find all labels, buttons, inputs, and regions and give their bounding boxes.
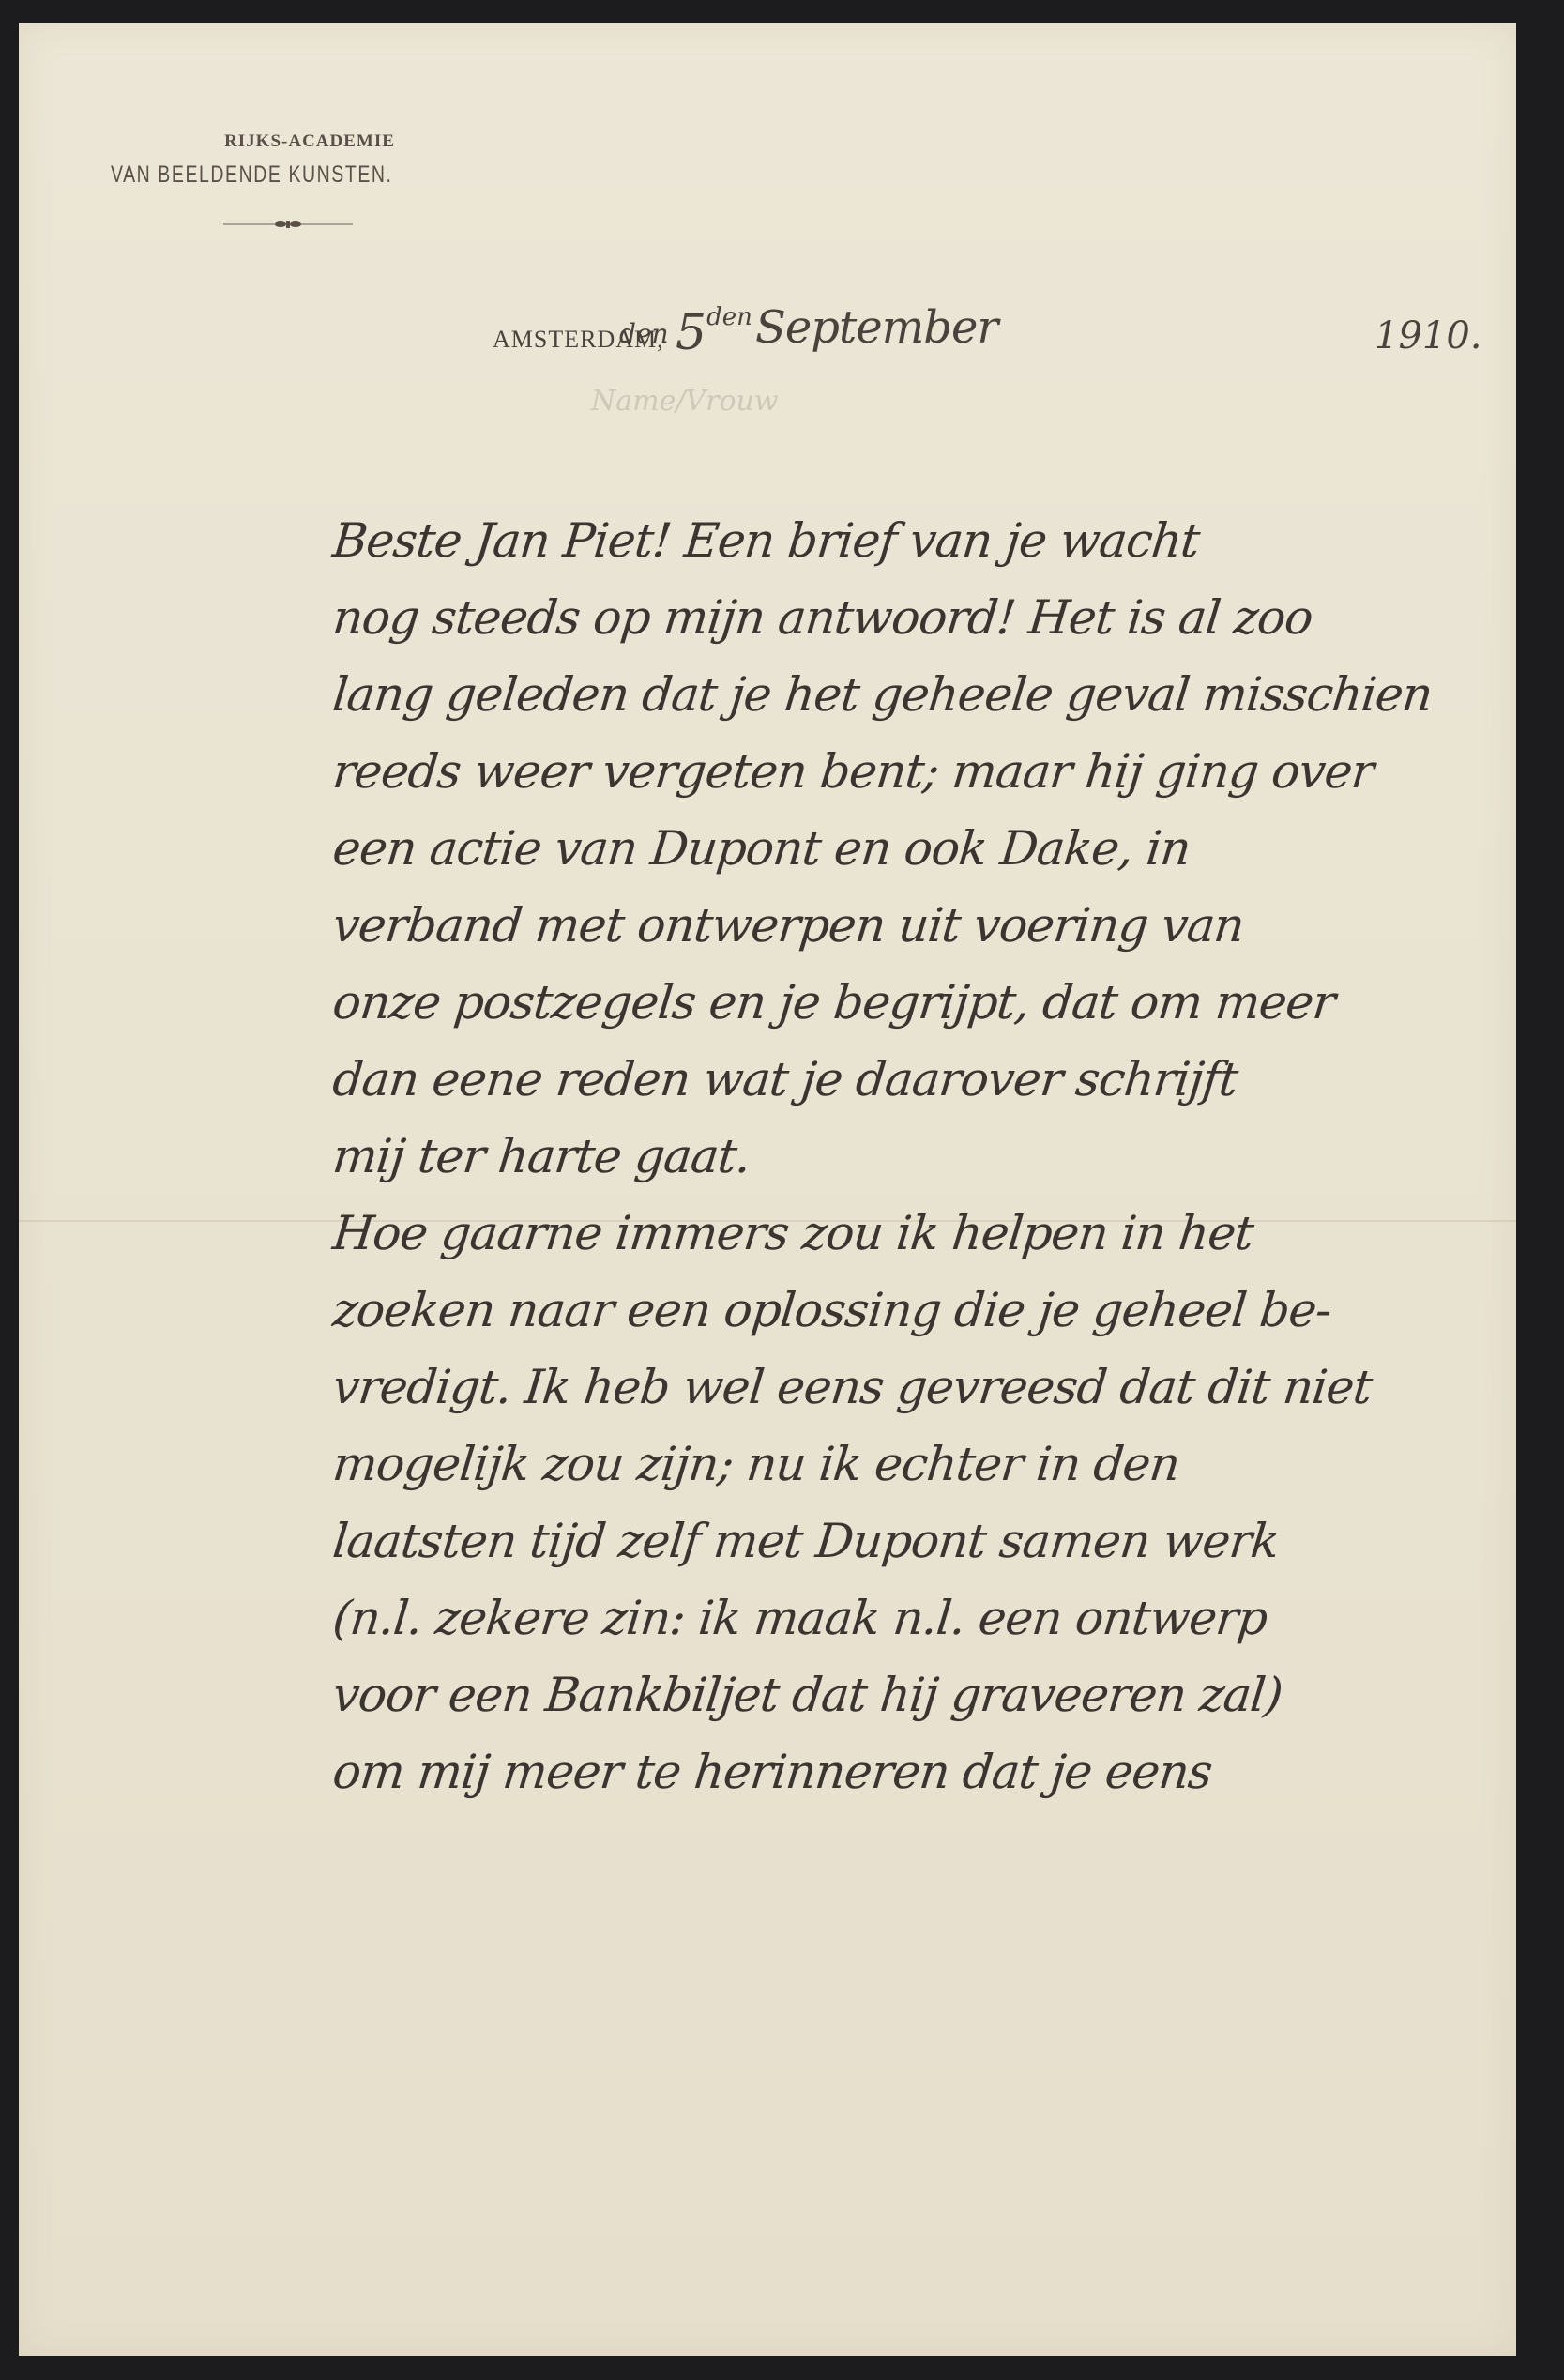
letter-line: mij ter harte gaat. [329,1118,1520,1195]
letter-line: om mij meer te herinneren dat je eens [329,1733,1520,1810]
dateline-month: September [755,301,997,354]
letter-line: onze postzegels en je begrijpt, dat om m… [329,964,1520,1041]
letter-line: Beste Jan Piet! Een brief van je wacht [329,502,1520,579]
letter-line: mogelijk zou zijn; nu ik echter in den [329,1426,1520,1503]
letter-line: zoeken naar een oplossing die je geheel … [329,1272,1520,1349]
letter-line: (n.l. zekere zin: ik maak n.l. een ontwe… [329,1579,1520,1656]
letter-line: lang geleden dat je het geheele geval mi… [329,656,1520,733]
letter-line: laatsten tijd zelf met Dupont samen werk [329,1503,1520,1579]
dateline: AMSTERDAM, den 5den September 1910. [474,305,1534,371]
letterhead: RIJKS-ACADEMIE VAN BEELDENDE KUNSTEN. [75,131,507,189]
letter-line: vredigt. Ik heb wel eens gevreesd dat di… [329,1349,1520,1426]
letter-line: nog steeds op mijn antwoord! Het is al z… [329,579,1520,656]
letter-line: reeds weer vergeten bent; maar hij ging … [329,733,1520,810]
ornament-divider-icon [223,220,353,229]
letter-line: dan eene reden wat je daarover schrijft [329,1041,1520,1118]
letter-line: voor een Bankbiljet dat hij graveeren za… [329,1656,1520,1733]
letter-paper: Name/Vrouw RIJKS-ACADEMIE VAN BEELDENDE … [19,23,1516,2356]
letterhead-subtitle: VAN BEELDENDE KUNSTEN. [111,161,419,189]
letter-body: Beste Jan Piet! Een brief van je wacht n… [333,502,1515,1810]
letter-line: Hoe gaarne immers zou ik helpen in het [329,1195,1520,1272]
dateline-den: den [619,318,669,349]
letter-line: een actie van Dupont en ook Dake, in [329,810,1520,887]
dateline-year: 1910. [1374,314,1482,358]
dateline-day: 5den [676,305,752,361]
bleed-through-text: Name/Vrouw [591,385,779,418]
letterhead-institution: RIJKS-ACADEMIE [113,131,507,152]
letter-line: verband met ontwerpen uit voering van [329,887,1520,964]
